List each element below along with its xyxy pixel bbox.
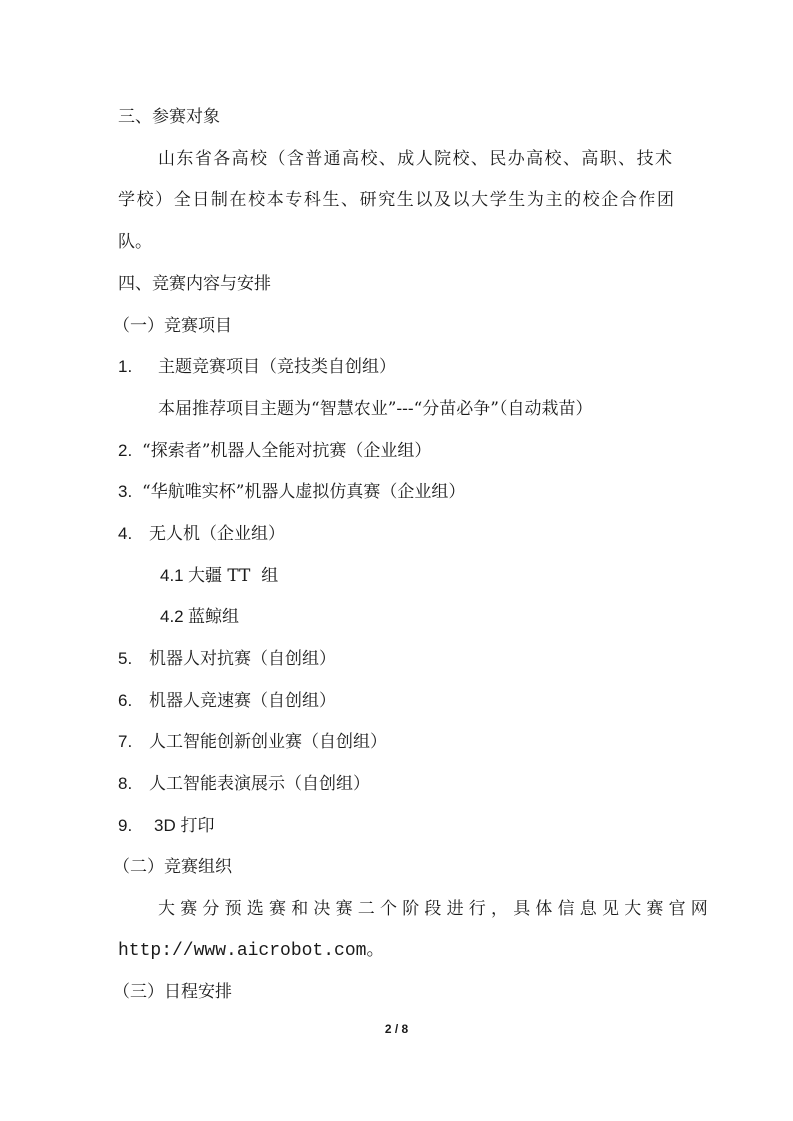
item-number: 4.1 bbox=[160, 565, 188, 587]
item-number: 4. bbox=[118, 523, 149, 545]
project-item-5: 5.机器人对抗赛（自创组） bbox=[118, 648, 336, 670]
project-item-4-1: 4.1大疆 TT 组 bbox=[160, 565, 278, 587]
organization-paragraph-line-1: 大赛分预选赛和决赛二个阶段进行，具体信息见大赛官网 bbox=[158, 898, 672, 920]
section-heading-content: 四、竞赛内容与安排 bbox=[118, 273, 271, 295]
subsection-heading-schedule: （三）日程安排 bbox=[113, 981, 232, 1003]
item-text: 机器人对抗赛（自创组） bbox=[149, 649, 336, 669]
item-number: 2. bbox=[118, 440, 142, 462]
item-number: 1. bbox=[118, 356, 158, 378]
item-text: “华航唯实杯”机器人虚拟仿真赛（企业组） bbox=[142, 482, 465, 502]
item-text: 大疆 TT 组 bbox=[188, 566, 278, 586]
participants-paragraph-line-3: 队。 bbox=[118, 231, 152, 253]
project-item-4-2: 4.2蓝鲸组 bbox=[160, 606, 239, 628]
item-text: 机器人竞速赛（自创组） bbox=[149, 691, 336, 711]
item-text: 人工智能表演展示（自创组） bbox=[149, 774, 370, 794]
subsection-heading-projects: （一）竞赛项目 bbox=[113, 315, 232, 337]
project-item-9: 9.3D 打印 bbox=[118, 815, 214, 837]
item-number: 9. bbox=[118, 815, 154, 837]
item-text: 主题竞赛项目（竞技类自创组） bbox=[158, 357, 396, 377]
project-item-7: 7.人工智能创新创业赛（自创组） bbox=[118, 731, 387, 753]
project-item-8: 8.人工智能表演展示（自创组） bbox=[118, 773, 370, 795]
item-text: 蓝鲸组 bbox=[188, 607, 239, 627]
page-number: 2 / 8 bbox=[0, 1022, 793, 1036]
item-text: 3D 打印 bbox=[154, 816, 214, 835]
project-item-2: 2.“探索者”机器人全能对抗赛（企业组） bbox=[118, 440, 431, 462]
item-text: 无人机（企业组） bbox=[149, 524, 285, 544]
item-number: 6. bbox=[118, 690, 149, 712]
project-theme-note: 本届推荐项目主题为“智慧农业”---“分苗必争”（自动栽苗） bbox=[158, 398, 593, 420]
item-number: 5. bbox=[118, 648, 149, 670]
item-number: 7. bbox=[118, 731, 149, 753]
participants-paragraph-line-2: 学校）全日制在校本专科生、研究生以及以大学生为主的校企合作团 bbox=[118, 189, 674, 211]
official-website-url[interactable]: http://www.aicrobot.com。 bbox=[118, 940, 384, 962]
project-item-3: 3.“华航唯实杯”机器人虚拟仿真赛（企业组） bbox=[118, 481, 465, 503]
section-heading-participants: 三、参赛对象 bbox=[118, 106, 220, 128]
item-number: 3. bbox=[118, 481, 142, 503]
item-number: 8. bbox=[118, 773, 149, 795]
participants-paragraph-line-1: 山东省各高校（含普通高校、成人院校、民办高校、高职、技术 bbox=[158, 148, 672, 170]
project-item-4: 4.无人机（企业组） bbox=[118, 523, 285, 545]
item-text: “探索者”机器人全能对抗赛（企业组） bbox=[142, 441, 431, 461]
item-text: 人工智能创新创业赛（自创组） bbox=[149, 732, 387, 752]
project-item-6: 6.机器人竞速赛（自创组） bbox=[118, 690, 336, 712]
project-item-1: 1.主题竞赛项目（竞技类自创组） bbox=[118, 356, 396, 378]
item-number: 4.2 bbox=[160, 606, 188, 628]
subsection-heading-organization: （二）竞赛组织 bbox=[113, 856, 232, 878]
